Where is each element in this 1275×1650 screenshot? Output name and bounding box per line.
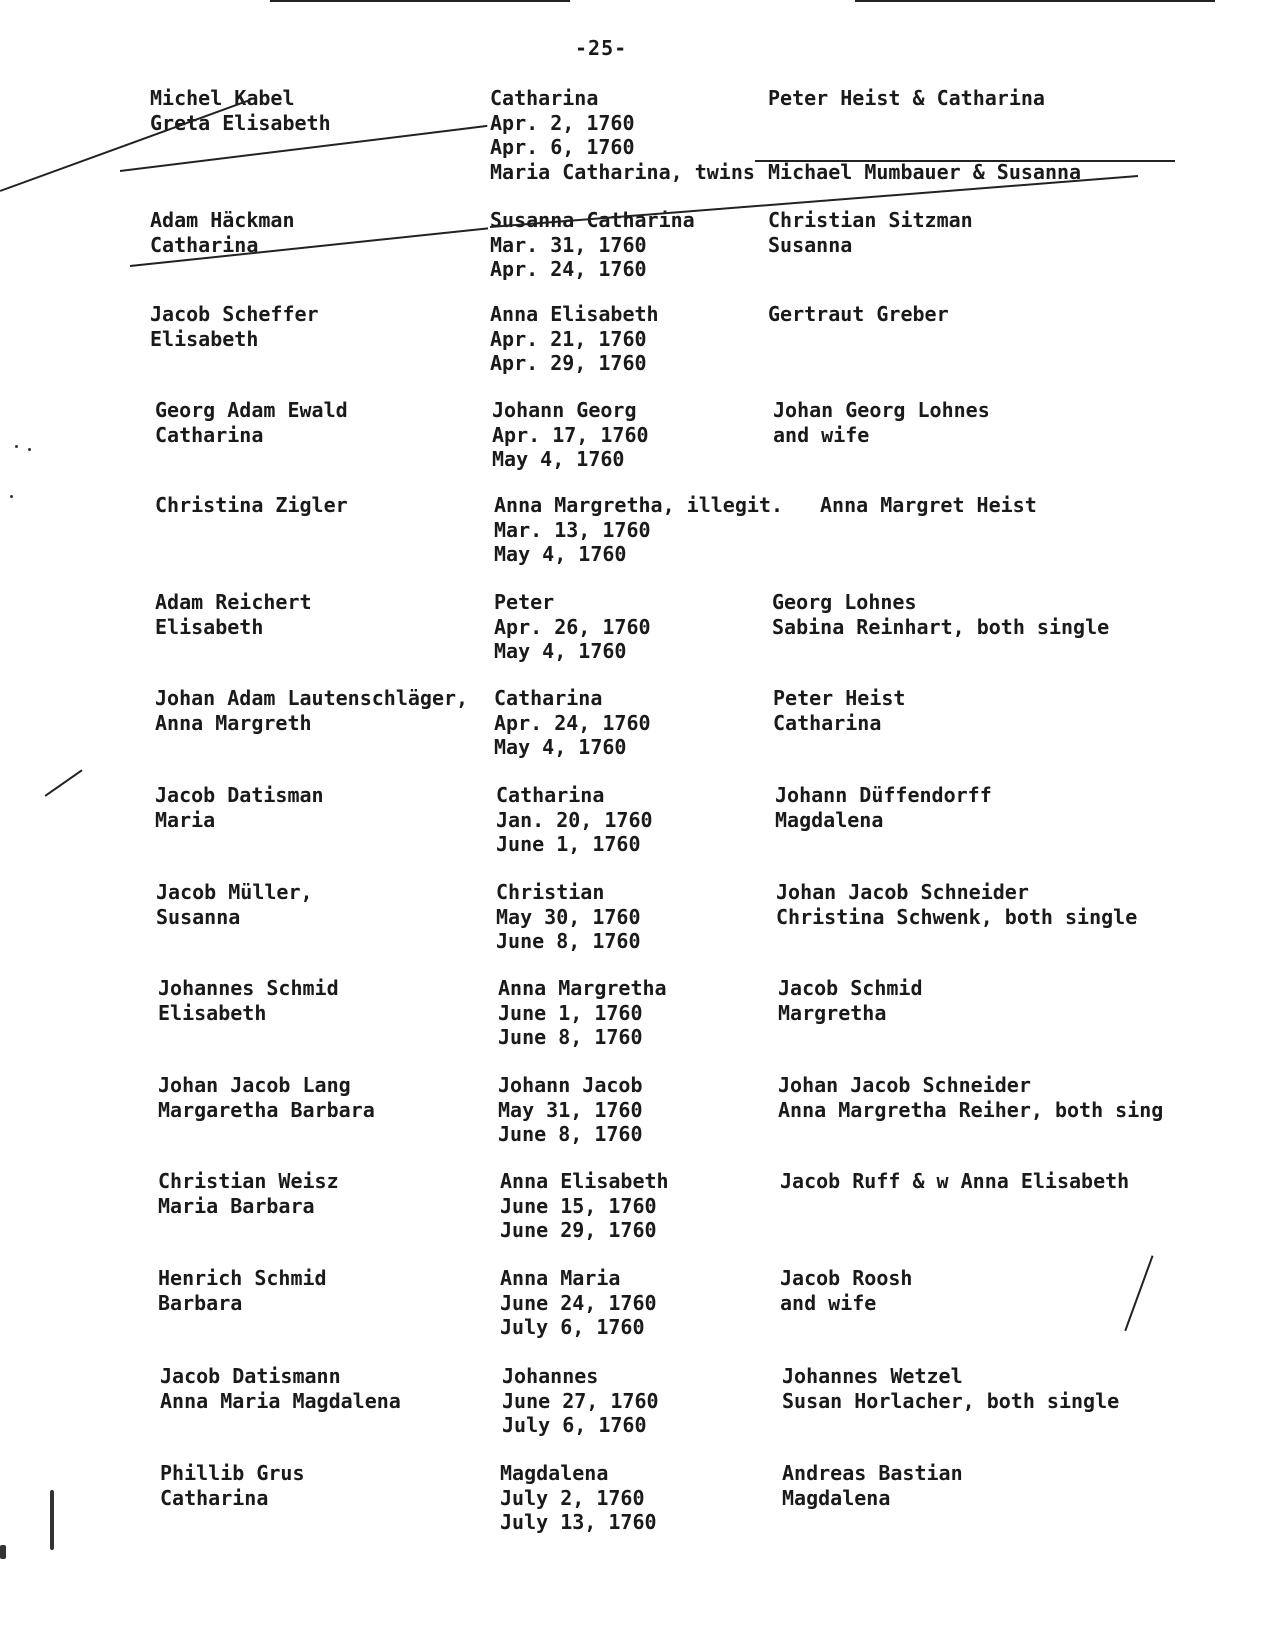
parents-line: Jacob Scheffer — [150, 302, 319, 327]
child-line: Apr. 29, 1760 — [490, 351, 659, 376]
sponsors-line: Johan Jacob Schneider — [776, 880, 1137, 905]
parents-line: Elisabeth — [150, 327, 319, 352]
child-line: May 4, 1760 — [494, 735, 651, 760]
child-line: Apr. 24, 1760 — [494, 711, 651, 736]
child-cell: JohannesJune 27, 1760July 6, 1760 — [502, 1364, 659, 1438]
child-line: June 15, 1760 — [500, 1194, 669, 1219]
parents-line: Margaretha Barbara — [158, 1098, 375, 1123]
parents-cell: Jacob DatismannAnna Maria Magdalena — [160, 1364, 401, 1413]
parents-line: Johannes Schmid — [158, 976, 339, 1001]
child-line: Apr. 24, 1760 — [490, 257, 695, 282]
parents-line: Susanna — [156, 905, 313, 930]
sponsors-line: Anna Margretha Reiher, both sing — [778, 1098, 1163, 1123]
parents-line: Adam Häckman — [150, 208, 295, 233]
parents-cell: Jacob DatismanMaria — [155, 783, 324, 832]
pen-stroke — [0, 99, 249, 191]
page-number: -25- — [575, 36, 627, 60]
sponsors-cell: Gertraut Greber — [768, 302, 949, 327]
child-cell: Anna MargrethaJune 1, 1760June 8, 1760 — [498, 976, 667, 1050]
sponsors-cell: Christian SitzmanSusanna — [768, 208, 973, 257]
child-line: Mar. 31, 1760 — [490, 233, 695, 258]
child-line: June 24, 1760 — [500, 1291, 657, 1316]
sponsors-cell: Johann DüffendorffMagdalena — [775, 783, 992, 832]
sponsors-cell: Peter HeistCatharina — [773, 686, 905, 735]
child-line: June 8, 1760 — [496, 929, 641, 954]
sponsors-line: Anna Margret Heist — [820, 493, 1037, 518]
child-line: Catharina — [490, 86, 755, 111]
child-line: July 2, 1760 — [500, 1486, 657, 1511]
sponsors-line: Susanna — [768, 233, 973, 258]
sponsors-line: Jacob Roosh — [780, 1266, 912, 1291]
parents-line: Adam Reichert — [155, 590, 312, 615]
pen-stroke — [755, 160, 1175, 162]
parents-cell: Henrich SchmidBarbara — [158, 1266, 327, 1315]
sponsors-line: Magdalena — [782, 1486, 963, 1511]
sponsors-cell: Jacob SchmidMargretha — [778, 976, 923, 1025]
child-cell: Anna ElisabethApr. 21, 1760Apr. 29, 1760 — [490, 302, 659, 376]
scan-speck — [10, 495, 13, 498]
sponsors-cell: Andreas BastianMagdalena — [782, 1461, 963, 1510]
top-rule-left — [270, 0, 570, 2]
child-line: Christian — [496, 880, 641, 905]
parents-line: Maria Barbara — [158, 1194, 339, 1219]
child-line: Jan. 20, 1760 — [496, 808, 653, 833]
child-line: June 29, 1760 — [500, 1218, 669, 1243]
child-line: Maria Catharina, twins — [490, 160, 755, 185]
child-line: Johannes — [502, 1364, 659, 1389]
sponsors-cell: Jacob Ruff & w Anna Elisabeth — [780, 1169, 1129, 1194]
sponsors-cell: Johan Georg Lohnesand wife — [773, 398, 990, 447]
sponsors-line: and wife — [773, 423, 990, 448]
parents-cell: Christina Zigler — [155, 493, 348, 518]
sponsors-line: Margretha — [778, 1001, 923, 1026]
child-line: Anna Elisabeth — [500, 1169, 669, 1194]
parents-line: Elisabeth — [158, 1001, 339, 1026]
parents-line: Catharina — [155, 423, 348, 448]
child-line: Anna Elisabeth — [490, 302, 659, 327]
parents-cell: Adam ReichertElisabeth — [155, 590, 312, 639]
child-line: June 8, 1760 — [498, 1122, 643, 1147]
child-line: June 1, 1760 — [498, 1001, 667, 1026]
sponsors-line: Peter Heist — [773, 686, 905, 711]
child-cell: PeterApr. 26, 1760May 4, 1760 — [494, 590, 651, 664]
parents-line: Christina Zigler — [155, 493, 348, 518]
parents-line: Johan Adam Lautenschläger, — [155, 686, 468, 711]
child-line: Catharina — [496, 783, 653, 808]
child-line: May 4, 1760 — [494, 639, 651, 664]
parents-cell: Jacob SchefferElisabeth — [150, 302, 319, 351]
sponsors-cell: Georg LohnesSabina Reinhart, both single — [772, 590, 1109, 639]
child-line: May 31, 1760 — [498, 1098, 643, 1123]
parents-line: Henrich Schmid — [158, 1266, 327, 1291]
top-rule-right — [855, 0, 1215, 2]
parents-cell: Jacob Müller,Susanna — [156, 880, 313, 929]
scan-speck — [28, 448, 31, 451]
child-line: Anna Maria — [500, 1266, 657, 1291]
child-cell: CatharinaApr. 2, 1760Apr. 6, 1760Maria C… — [490, 86, 755, 184]
child-line: June 27, 1760 — [502, 1389, 659, 1414]
scan-speck — [50, 1490, 54, 1550]
sponsors-line — [768, 111, 1081, 136]
child-line: Apr. 6, 1760 — [490, 135, 755, 160]
parents-cell: Georg Adam EwaldCatharina — [155, 398, 348, 447]
sponsors-line: Susan Horlacher, both single — [782, 1389, 1119, 1414]
child-line: June 1, 1760 — [496, 832, 653, 857]
parents-line: Johan Jacob Lang — [158, 1073, 375, 1098]
pen-stroke — [45, 769, 83, 796]
sponsors-line: Gertraut Greber — [768, 302, 949, 327]
child-cell: MagdalenaJuly 2, 1760July 13, 1760 — [500, 1461, 657, 1535]
sponsors-cell: Johannes WetzelSusan Horlacher, both sin… — [782, 1364, 1119, 1413]
child-cell: Anna ElisabethJune 15, 1760June 29, 1760 — [500, 1169, 669, 1243]
parents-line: Christian Weisz — [158, 1169, 339, 1194]
sponsors-line: and wife — [780, 1291, 912, 1316]
sponsors-cell: Johan Jacob SchneiderAnna Margretha Reih… — [778, 1073, 1163, 1122]
parents-line: Barbara — [158, 1291, 327, 1316]
sponsors-line — [768, 135, 1081, 160]
parents-line: Anna Maria Magdalena — [160, 1389, 401, 1414]
child-line: May 4, 1760 — [492, 447, 649, 472]
child-line: Mar. 13, 1760 — [494, 518, 783, 543]
scan-speck — [0, 1545, 6, 1559]
parents-line: Georg Adam Ewald — [155, 398, 348, 423]
child-line: July 6, 1760 — [502, 1413, 659, 1438]
child-line: Apr. 17, 1760 — [492, 423, 649, 448]
child-line: Apr. 26, 1760 — [494, 615, 651, 640]
parents-cell: Michel KabelGreta Elisabeth — [150, 86, 331, 135]
parents-line: Michel Kabel — [150, 86, 331, 111]
parents-cell: Christian WeiszMaria Barbara — [158, 1169, 339, 1218]
sponsors-line: Michael Mumbauer & Susanna — [768, 160, 1081, 185]
sponsors-line: Johan Jacob Schneider — [778, 1073, 1163, 1098]
parents-line: Maria — [155, 808, 324, 833]
sponsors-line: Johannes Wetzel — [782, 1364, 1119, 1389]
child-cell: Anna Margretha, illegit.Mar. 13, 1760May… — [494, 493, 783, 567]
child-cell: Johann GeorgApr. 17, 1760May 4, 1760 — [492, 398, 649, 472]
parents-line: Phillib Grus — [160, 1461, 305, 1486]
sponsors-line: Christian Sitzman — [768, 208, 973, 233]
sponsors-line: Christina Schwenk, both single — [776, 905, 1137, 930]
child-line: Johann Jacob — [498, 1073, 643, 1098]
child-cell: CatharinaJan. 20, 1760June 1, 1760 — [496, 783, 653, 857]
pen-stroke — [1124, 1255, 1153, 1331]
sponsors-cell: Johan Jacob SchneiderChristina Schwenk, … — [776, 880, 1137, 929]
parents-line: Catharina — [160, 1486, 305, 1511]
child-line: Apr. 2, 1760 — [490, 111, 755, 136]
parents-line: Jacob Datismann — [160, 1364, 401, 1389]
parents-line: Jacob Müller, — [156, 880, 313, 905]
parents-line: Anna Margreth — [155, 711, 468, 736]
child-line: June 8, 1760 — [498, 1025, 667, 1050]
sponsors-line: Peter Heist & Catharina — [768, 86, 1081, 111]
child-line: July 6, 1760 — [500, 1315, 657, 1340]
sponsors-line: Catharina — [773, 711, 905, 736]
parents-line: Elisabeth — [155, 615, 312, 640]
parents-line: Jacob Datisman — [155, 783, 324, 808]
child-cell: ChristianMay 30, 1760June 8, 1760 — [496, 880, 641, 954]
child-line: July 13, 1760 — [500, 1510, 657, 1535]
sponsors-line: Jacob Schmid — [778, 976, 923, 1001]
child-line: Anna Margretha — [498, 976, 667, 1001]
child-cell: CatharinaApr. 24, 1760May 4, 1760 — [494, 686, 651, 760]
parents-line: Greta Elisabeth — [150, 111, 331, 136]
sponsors-line: Jacob Ruff & w Anna Elisabeth — [780, 1169, 1129, 1194]
sponsors-line: Johann Düffendorff — [775, 783, 992, 808]
parents-cell: Johannes SchmidElisabeth — [158, 976, 339, 1025]
sponsors-cell: Anna Margret Heist — [820, 493, 1037, 518]
child-line: May 30, 1760 — [496, 905, 641, 930]
sponsors-line: Andreas Bastian — [782, 1461, 963, 1486]
child-line: Magdalena — [500, 1461, 657, 1486]
sponsors-line: Johan Georg Lohnes — [773, 398, 990, 423]
child-cell: Johann JacobMay 31, 1760June 8, 1760 — [498, 1073, 643, 1147]
child-line: Catharina — [494, 686, 651, 711]
parents-line: Catharina — [150, 233, 295, 258]
child-line: May 4, 1760 — [494, 542, 783, 567]
child-line: Peter — [494, 590, 651, 615]
sponsors-line: Sabina Reinhart, both single — [772, 615, 1109, 640]
scan-speck — [15, 445, 18, 448]
parents-cell: Johan Adam Lautenschläger,Anna Margreth — [155, 686, 468, 735]
child-line: Johann Georg — [492, 398, 649, 423]
sponsors-line: Magdalena — [775, 808, 992, 833]
child-line: Anna Margretha, illegit. — [494, 493, 783, 518]
sponsors-line: Georg Lohnes — [772, 590, 1109, 615]
parents-cell: Johan Jacob LangMargaretha Barbara — [158, 1073, 375, 1122]
sponsors-cell: Jacob Rooshand wife — [780, 1266, 912, 1315]
child-cell: Anna MariaJune 24, 1760July 6, 1760 — [500, 1266, 657, 1340]
sponsors-cell: Peter Heist & Catharina Michael Mumbauer… — [768, 86, 1081, 184]
child-line: Apr. 21, 1760 — [490, 327, 659, 352]
parents-cell: Phillib GrusCatharina — [160, 1461, 305, 1510]
